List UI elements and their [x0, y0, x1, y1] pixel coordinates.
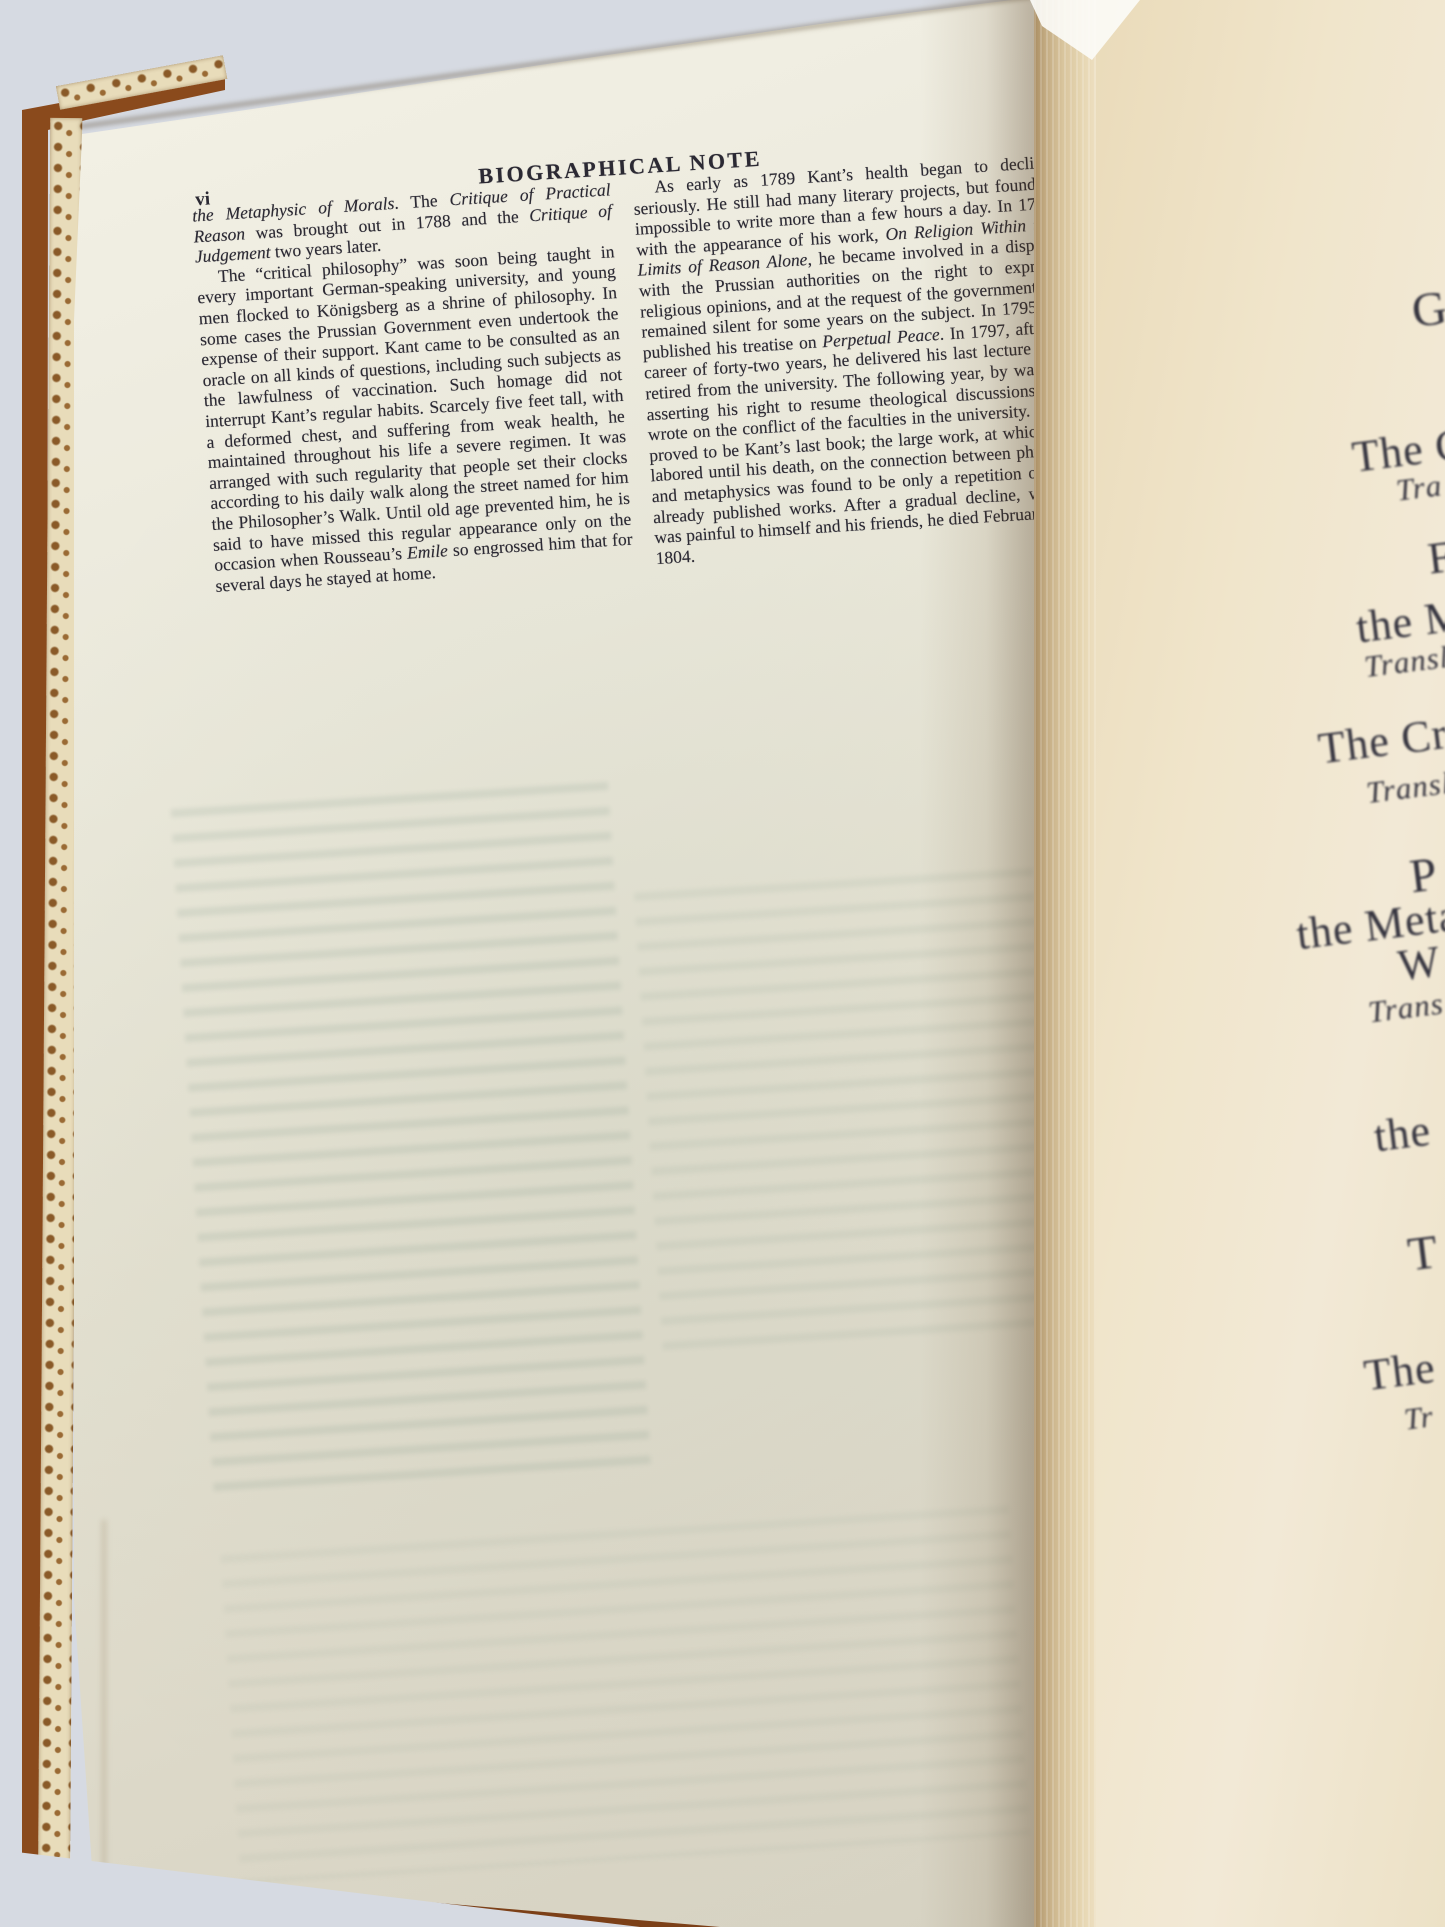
fore-edge — [1034, 0, 1098, 1927]
contents-fragment: the — [1371, 1105, 1434, 1163]
contents-fragment: G — [1409, 280, 1445, 339]
contents-fragment: Tra — [1394, 467, 1444, 508]
contents-fragment: W — [1395, 936, 1443, 992]
gutter-shadow — [920, 0, 1040, 1927]
contents-fragment: Tr — [1402, 1398, 1436, 1437]
contents-fragment: T — [1405, 1224, 1442, 1282]
open-book-photo: BIOGRAPHICAL NOTE vi the Metaphysic of M… — [0, 0, 1445, 1927]
paragraph: The “critical philosophy” was soon being… — [196, 241, 635, 596]
facing-page — [1096, 0, 1445, 1927]
text-column-left: the Metaphysic of Morals. The Critique o… — [192, 179, 635, 596]
page-crease-shadow — [102, 1520, 106, 1920]
contents-fragment: The — [1361, 1342, 1438, 1401]
